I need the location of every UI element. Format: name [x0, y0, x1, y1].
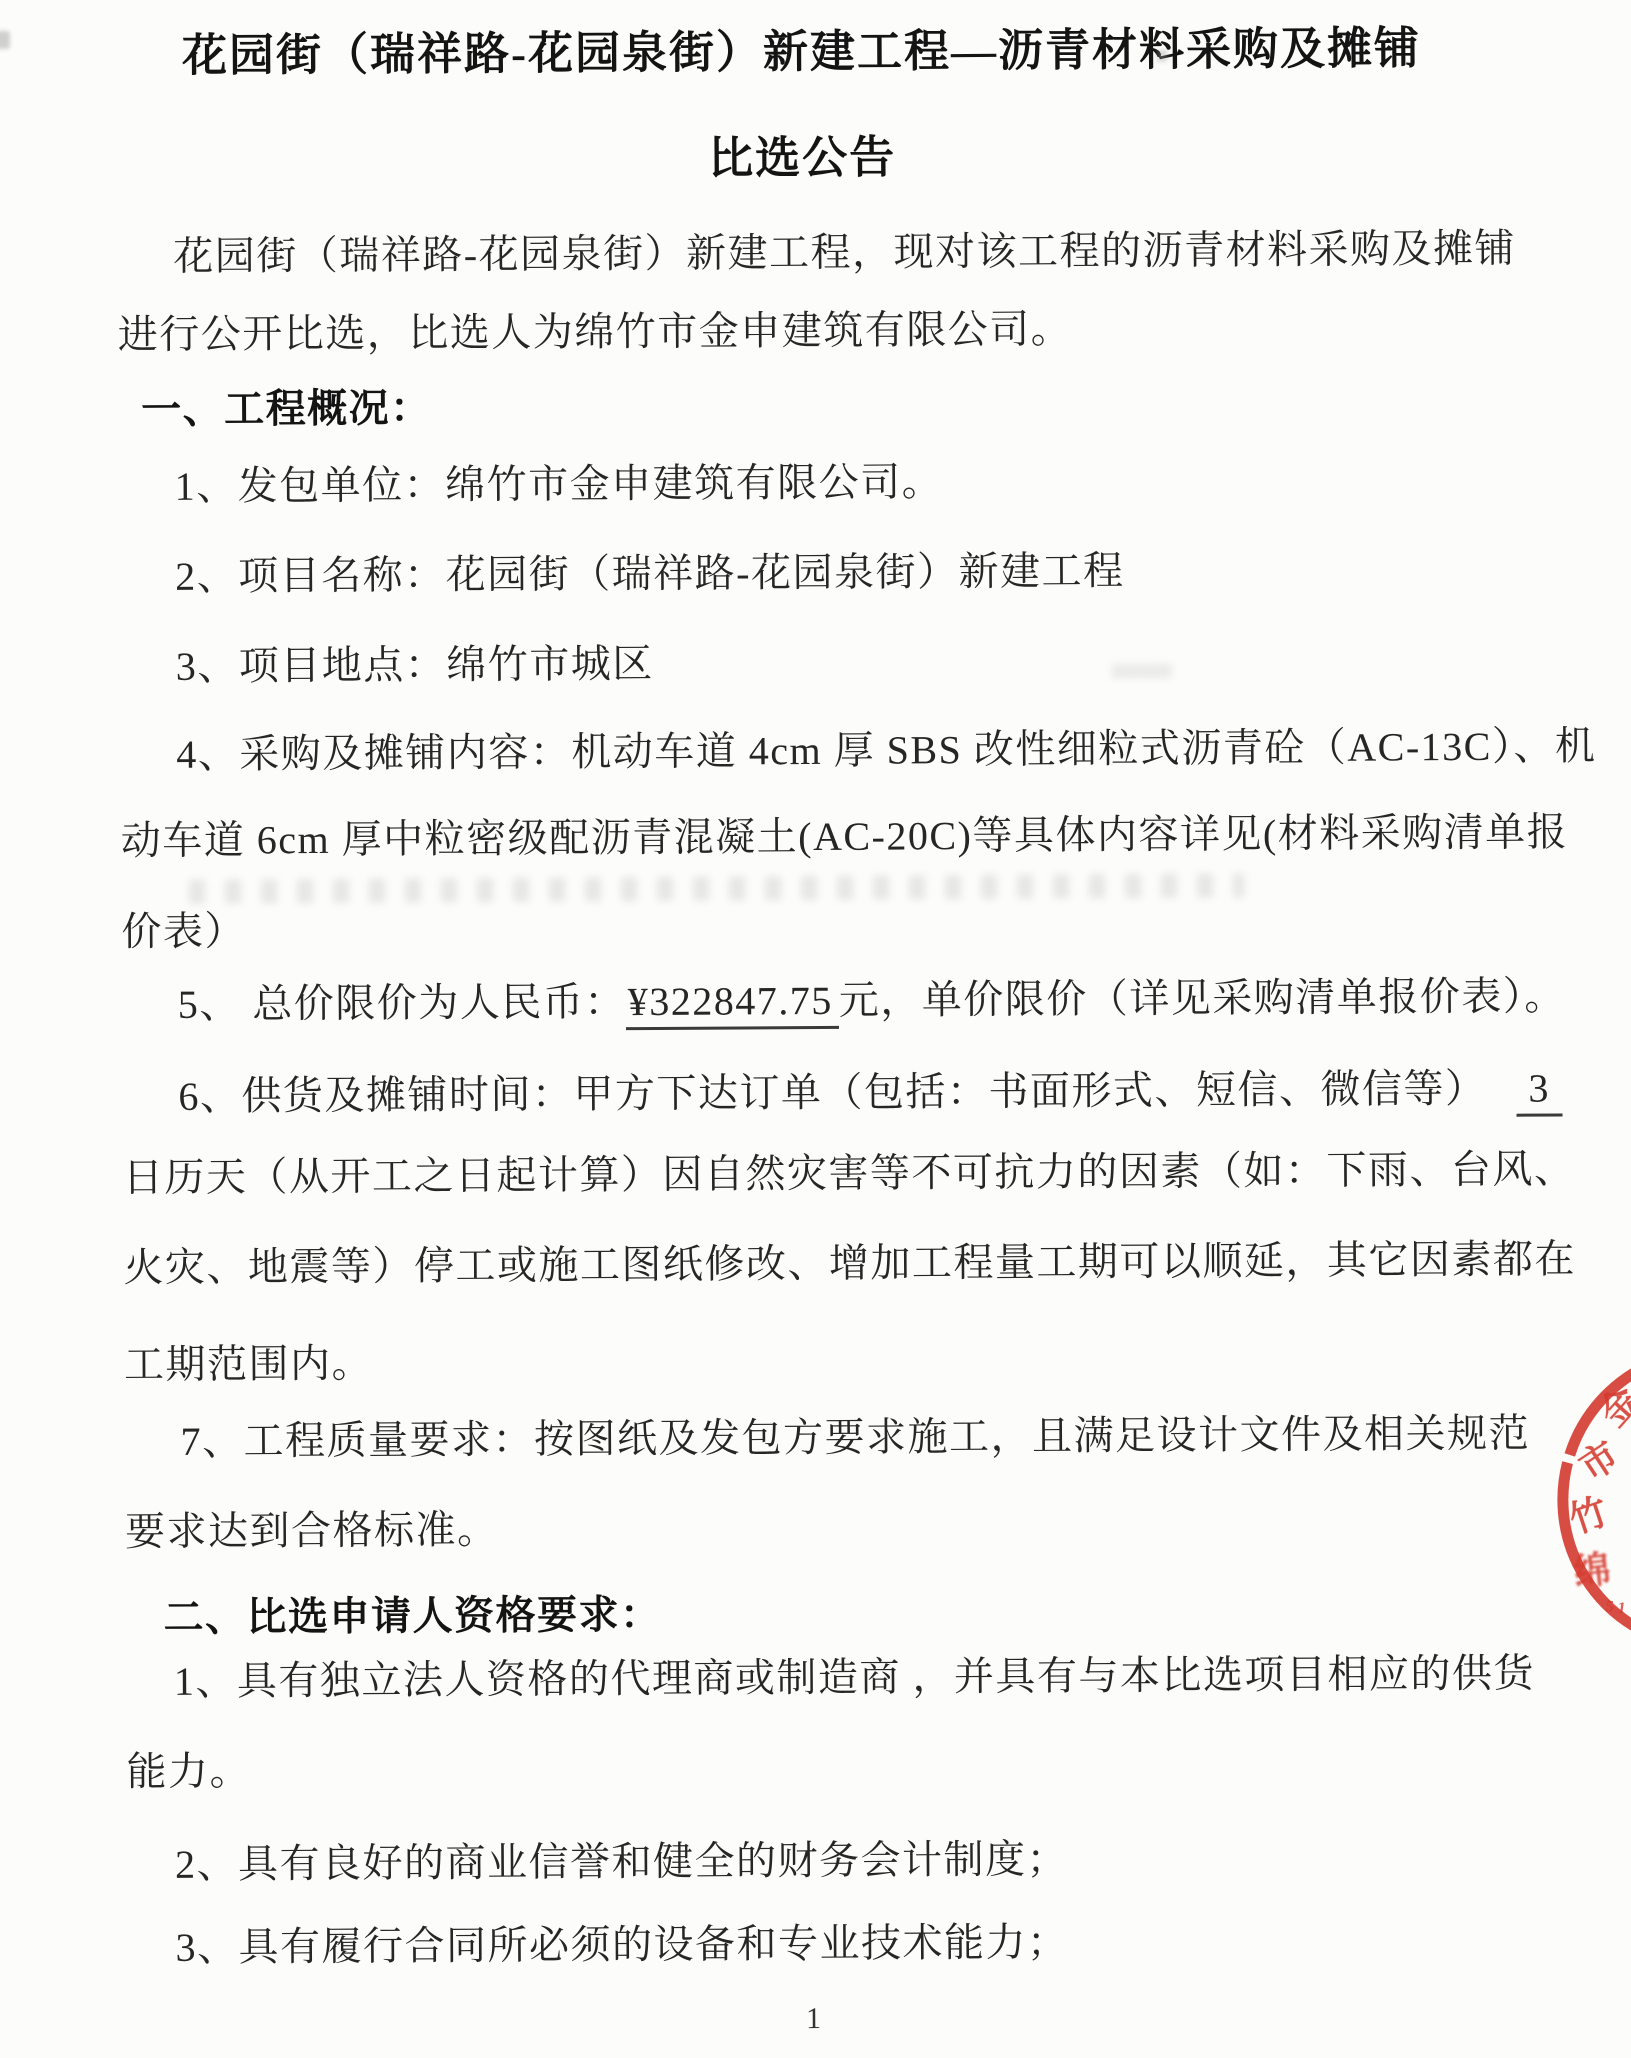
section1-item-6-line-2: 日历天（从开工之日起计算）因自然灾害等不可抗力的因素（如：下雨、台风、 [123, 1144, 1576, 1203]
intro-line-2: 进行公开比选，比选人为绵竹市金申建筑有限公司。 [118, 304, 1073, 360]
delivery-days-value: 3 [1516, 1065, 1562, 1116]
seal-small-mark: 5 1 [1604, 1598, 1626, 1619]
section1-item-6-line-4: 工期范围内。 [124, 1339, 373, 1391]
page-number: 1 [131, 1998, 1496, 2040]
section1-item-5: 5、 总价限价为人民币：¥322847.75元，单价限价（详见采购清单报价表）。 [178, 971, 1566, 1029]
section2-item-1-line-2: 能力。 [126, 1746, 251, 1797]
section2-item-1-line-1: 1、具有独立法人资格的代理商或制造商 ，并具有与本比选项目相应的供货 [174, 1649, 1535, 1707]
section1-item-4-line-3: 价表） [121, 906, 246, 957]
section2-item-3: 3、具有履行合同所必须的设备和专业技术能力； [175, 1917, 1068, 1972]
red-company-seal: 金 市 竹 绵 5 1 [1542, 1337, 1631, 1668]
scan-bleedthrough-artifact [189, 873, 1244, 903]
section1-item-7-line-2: 要求达到合格标准。 [125, 1505, 499, 1557]
scanned-document-page: 花园街（瑞祥路-花园泉街）新建工程—沥青材料采购及摊铺 比选公告 花园街（瑞祥路… [0, 0, 1631, 2058]
section1-item-2: 2、项目名称：花园街（瑞祥路-花园泉街）新建工程 [175, 546, 1125, 602]
price-limit-amount: ¥322847.75 [626, 978, 839, 1030]
section1-item-7-line-1: 7、工程质量要求：按图纸及发包方要求施工，且满足设计文件及相关规范 [180, 1409, 1530, 1467]
item-6-prefix: 6、供货及摊铺时间：甲方下达订单（包括：书面形式、短信、微信等） [178, 1066, 1486, 1119]
document-title-line-2: 比选公告 [120, 126, 1485, 191]
seal-char: 绵 [1570, 1538, 1613, 1596]
section2-heading: 二、比选申请人资格要求： [163, 1590, 661, 1643]
section1-item-4-line-2: 动车道 6cm 厚中粒密级配沥青混凝土(AC-20C)等具体内容详见(材料采购清… [121, 807, 1569, 866]
item-5-suffix: 元，单价限价（详见采购清单报价表）。 [839, 973, 1566, 1022]
scan-edge-artifact [0, 31, 10, 49]
scan-smudge-artifact [1112, 664, 1172, 678]
section1-item-1: 1、发包单位：绵竹市金申建筑有限公司。 [175, 457, 944, 512]
section2-item-2: 2、具有良好的商业信誉和健全的财务会计制度； [175, 1834, 1068, 1889]
document-title-line-1: 花园街（瑞祥路-花园泉街）新建工程—沥青材料采购及摊铺 [119, 20, 1484, 85]
section1-item-6-line-1: 6、供货及摊铺时间：甲方下达订单（包括：书面形式、短信、微信等）3 [178, 1063, 1562, 1121]
document-content: 花园街（瑞祥路-花园泉街）新建工程—沥青材料采购及摊铺 比选公告 花园街（瑞祥路… [0, 0, 1631, 2058]
section1-item-3: 3、项目地点：绵竹市城区 [176, 639, 654, 692]
section1-item-6-line-3: 火灾、地震等）停工或施工图纸修改、增加工程量工期可以顺延，其它因素都在 [123, 1234, 1576, 1293]
item-5-prefix: 5、 总价限价为人民币： [178, 979, 626, 1027]
section1-item-4-line-1: 4、采购及摊铺内容：机动车道 4cm 厚 SBS 改性细粒式沥青砼（AC-13C… [176, 721, 1596, 780]
scan-speck-artifact [1157, 50, 1167, 62]
intro-line-1: 花园街（瑞祥路-花园泉街）新建工程，现对该工程的沥青材料采购及摊铺 [173, 224, 1516, 282]
section1-heading: 一、工程概况： [141, 383, 432, 435]
